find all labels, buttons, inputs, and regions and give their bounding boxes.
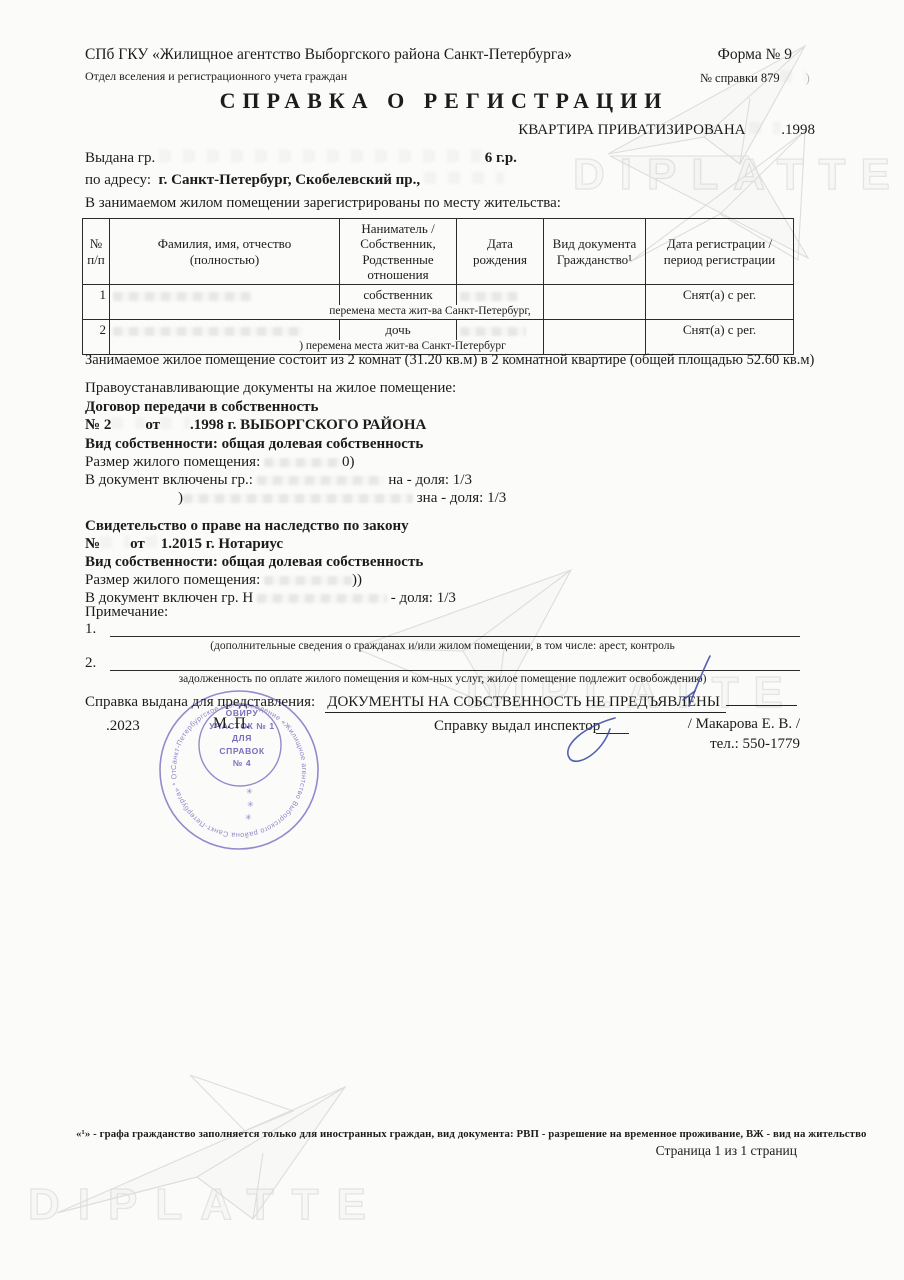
table-row: 1 собственник Снят(а) с рег. [83,285,794,306]
row-fullname-redacted [110,320,340,341]
redacted-doc2-number [100,536,130,548]
registered-persons-line: В занимаемом жилом помещении зарегистрир… [85,195,561,212]
row-number: 1 [83,285,110,306]
doc1-included-line-1: В документ включены гр.: на - доля: 1/3 [85,472,472,489]
col-header-document: Вид документа Гражданство¹ [544,219,646,285]
doc2-number-line: №от1.2015 г. Нотариус [85,536,283,553]
col-header-registration: Дата регистрации / период регистрации [646,219,794,285]
redacted-doc2-date [145,536,161,548]
note-spacer [83,305,110,320]
row-document [544,285,646,306]
doc1-share-2: зна - доля: 1/3 [417,490,507,506]
doc1-included-label: В документ включены гр.: [85,472,253,488]
doc2-ownership-type: Вид собственности: общая долевая собстве… [85,554,423,571]
row-relation: собственник [340,285,457,306]
doc2-size-tail: )) [352,572,362,588]
redacted-size [264,458,342,467]
note-item-1: 1. [85,621,96,638]
doc1-name: Договор передачи в собственность [85,399,318,416]
stamp-star-icon: ✳ [247,800,254,809]
row-birthdate-redacted [457,285,544,306]
row-registration-status: Снят(а) с рег. [646,320,794,341]
scanned-document-page: DIPLATTE DIPLATTE DIPLATTE Санкт-Петербу… [0,0,904,1280]
issue-date-partial: .2023 [106,718,140,735]
org-name-line: СПб ГКУ «Жилищное агентство Выборгского … [85,46,572,64]
table-row-note: перемена места жит-ва Санкт-Петербург, [83,305,794,320]
stamp-place-label: М. П. [213,715,250,733]
doc1-number-prefix: № 2 [85,417,111,433]
row-relation: дочь [340,320,457,341]
redacted-size [264,576,352,585]
redacted-house-number [424,172,504,184]
row-registration-status: Снят(а) с рег. [646,285,794,306]
redacted-doc1-date [160,417,190,429]
note-spacer [544,305,646,320]
doc2-of: от [130,536,145,552]
col-header-number: № п/п [83,219,110,285]
certificate-number: № справки 879) [700,70,810,86]
redacted-person [257,476,385,485]
doc2-share: - доля: 1/3 [391,590,456,606]
col-header-birthdate: Дата рождения [457,219,544,285]
form-number: Форма № 9 [718,46,792,64]
doc1-ownership-type: Вид собственности: общая долевая собстве… [85,436,423,453]
org-department-line: Отдел вселения и регистрационного учета … [85,69,347,84]
doc2-name: Свидетельство о праве на наследство по з… [85,518,409,535]
issued-to-label: Выдана гр. [85,150,155,166]
row-document [544,320,646,341]
address-line: по адресу: г. Санкт-Петербург, Скобелевс… [85,172,504,189]
table-row: 2 дочь Снят(а) с рег. [83,320,794,341]
holder-birth-suffix: 6 г.р. [485,150,517,166]
redacted-date [460,292,518,301]
doc1-of: от [145,417,160,433]
note-spacer [646,305,794,320]
doc2-size-label: Размер жилого помещения: [85,572,260,588]
doc1-size-line: Размер жилого помещения: 0) [85,454,355,471]
doc1-share-1: на - доля: 1/3 [388,472,472,488]
redacted-name [113,327,303,336]
stamp-star-icon: ✳ [245,813,252,822]
certificate-number-text: № справки 879 [700,71,780,85]
doc1-size-tail: 0) [342,454,355,470]
stamp-line: ДЛЯ [196,732,288,745]
pen-signature-marks [540,648,750,773]
redacted-person [183,494,413,503]
document-title: СПРАВКА О РЕГИСТРАЦИИ [0,88,896,114]
doc1-date-tail: .1998 г. ВЫБОРГСКОГО РАЙОНА [190,417,426,433]
doc2-size-line: Размер жилого помещения: )) [85,572,362,589]
privatized-line: КВАРТИРА ПРИВАТИЗИРОВАНА .1998 [518,122,815,139]
redacted-privatization-date [749,122,781,134]
redacted-date [460,327,526,336]
premises-summary-line: Занимаемое жилое помещение состоит из 2 … [85,352,814,369]
stamp-line: СПРАВОК [196,745,288,758]
redacted-name [113,292,253,301]
page-indicator: Страница 1 из 1 страниц [656,1143,797,1159]
notes-title: Примечание: [85,604,168,621]
doc2-number-prefix: № [85,536,100,552]
row-birthdate-redacted [457,320,544,341]
footnote-citizenship: «¹» - графа гражданство заполняется толь… [76,1128,866,1140]
registration-table: № п/п Фамилия, имя, отчество (полностью)… [82,218,794,355]
certificate-number-tail: ) [806,71,810,85]
doc2-included-initial: Н [242,590,253,606]
issued-to-line: Выдана гр. 6 г.р. [85,150,517,167]
address-value: г. Санкт-Петербург, Скобелевский пр., [159,172,421,188]
table-header-row: № п/п Фамилия, имя, отчество (полностью)… [83,219,794,285]
redacted-cert-digits [780,70,806,82]
redacted-person [257,594,387,603]
doc1-number-line: № 2от.1998 г. ВЫБОРГСКОГО РАЙОНА [85,417,426,434]
stamp-star-icon: ✳ [246,787,253,796]
note-line-1 [110,636,800,637]
row-fullname-redacted [110,285,340,306]
privatized-label: КВАРТИРА ПРИВАТИЗИРОВАНА [518,122,745,138]
col-header-fullname: Фамилия, имя, отчество (полностью) [110,219,340,285]
note-item-2: 2. [85,655,96,672]
row-note-text: перемена места жит-ва Санкт-Петербург, [110,305,544,320]
paper-plane-watermark-bottom-left [45,1075,360,1225]
title-documents-heading: Правоустанавливающие документы на жилое … [85,380,456,397]
doc1-size-label: Размер жилого помещения: [85,454,260,470]
address-label: по адресу: [85,172,151,188]
redacted-doc1-number [111,417,145,429]
col-header-relation: Наниматель / Собственник, Родственные от… [340,219,457,285]
doc1-included-line-2: ) зна - доля: 1/3 [178,490,506,507]
row-number: 2 [83,320,110,341]
purpose-label: Справка выдана для представления: [85,694,315,711]
doc2-date-tail: 1.2015 г. Нотариус [161,536,283,552]
privatized-year: .1998 [781,122,815,138]
redacted-holder-name [159,150,481,162]
stamp-line: № 4 [196,757,288,770]
